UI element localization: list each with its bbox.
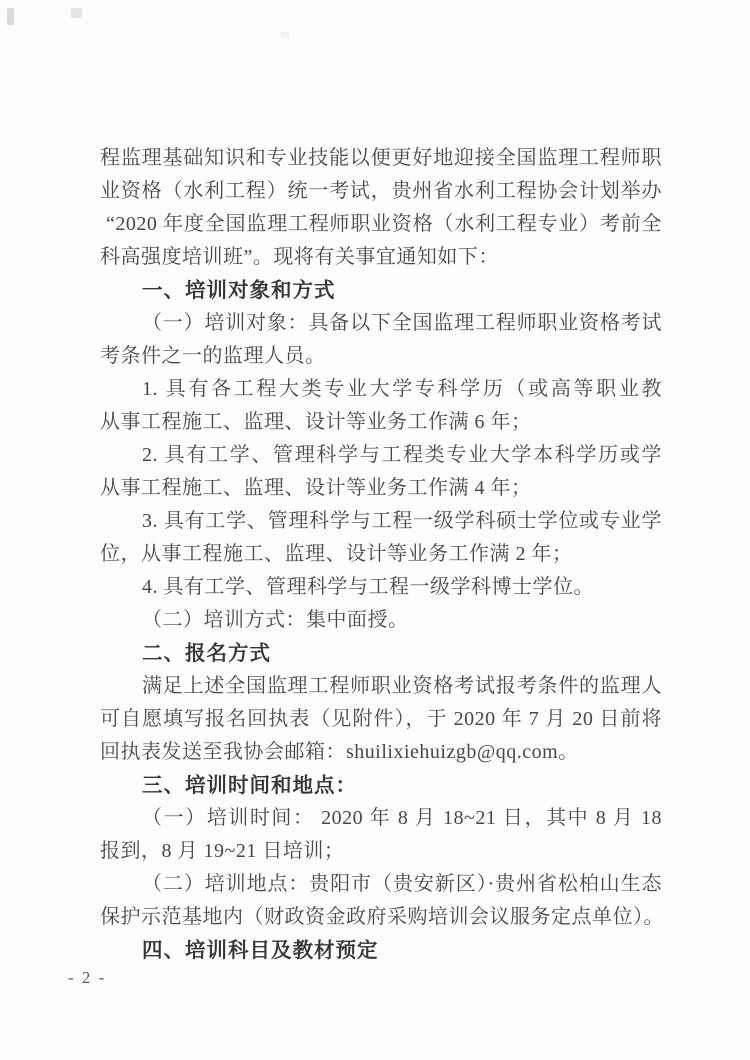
document-line: 科高强度培训班”。现将有关事宜通知如下： bbox=[100, 241, 662, 274]
document-line: （一）培训时间： 2020 年 8 月 18~21 日，其中 8 月 18 日 bbox=[100, 802, 662, 835]
document-line: 2. 具有工学、管理科学与工程类专业大学本科学历或学位， bbox=[100, 439, 662, 472]
document-line: 业资格（水利工程）统一考试，贵州省水利工程协会计划举办 bbox=[100, 175, 662, 208]
document-line: （一）培训对象：具备以下全国监理工程师职业资格考试报 bbox=[100, 307, 662, 340]
document-line: 程监理基础知识和专业技能以便更好地迎接全国监理工程师职 bbox=[100, 142, 662, 175]
document-line: （二）培训方式：集中面授。 bbox=[100, 604, 662, 637]
scan-artifact bbox=[7, 8, 14, 25]
scan-artifact bbox=[281, 32, 289, 38]
document-line: 1. 具有各工程大类专业大学专科学历（或高等职业教育）， bbox=[100, 373, 662, 406]
document-heading-line: 四、培训科目及教材预定 bbox=[100, 934, 662, 967]
document-line: 从事工程施工、监理、设计等业务工作满 6 年； bbox=[100, 406, 662, 439]
document-line: 回执表发送至我协会邮箱：shuilixiehuizgb@qq.com。 bbox=[100, 736, 662, 769]
document-line: 满足上述全国监理工程师职业资格考试报考条件的监理人员， bbox=[100, 670, 662, 703]
document-page: 程监理基础知识和专业技能以便更好地迎接全国监理工程师职业资格（水利工程）统一考试… bbox=[0, 0, 750, 1060]
document-line: 位，从事工程施工、监理、设计等业务工作满 2 年； bbox=[100, 538, 662, 571]
scan-artifact bbox=[71, 8, 82, 18]
document-line: 考条件之一的监理人员。 bbox=[100, 340, 662, 373]
document-line: 保护示范基地内（财政资金政府采购培训会议服务定点单位）。 bbox=[100, 901, 662, 934]
document-line: 3. 具有工学、管理科学与工程一级学科硕士学位或专业学 bbox=[100, 505, 662, 538]
document-line: 可自愿填写报名回执表（见附件），于 2020 年 7 月 20 日前将报名 bbox=[100, 703, 662, 736]
document-heading-line: 二、报名方式 bbox=[100, 637, 662, 670]
document-line: “2020 年度全国监理工程师职业资格（水利工程专业）考前全 bbox=[100, 208, 662, 241]
document-line: （二）培训地点：贵阳市（贵安新区）·贵州省松柏山生态 bbox=[100, 868, 662, 901]
document-body: 程监理基础知识和专业技能以便更好地迎接全国监理工程师职业资格（水利工程）统一考试… bbox=[100, 142, 662, 967]
document-line: 从事工程施工、监理、设计等业务工作满 4 年； bbox=[100, 472, 662, 505]
document-heading-line: 三、培训时间和地点： bbox=[100, 769, 662, 802]
document-heading-line: 一、培训对象和方式 bbox=[100, 274, 662, 307]
document-line: 报到，8 月 19~21 日培训； bbox=[100, 835, 662, 868]
document-line: 4. 具有工学、管理科学与工程一级学科博士学位。 bbox=[100, 571, 662, 604]
page-number: - 2 - bbox=[68, 967, 106, 989]
